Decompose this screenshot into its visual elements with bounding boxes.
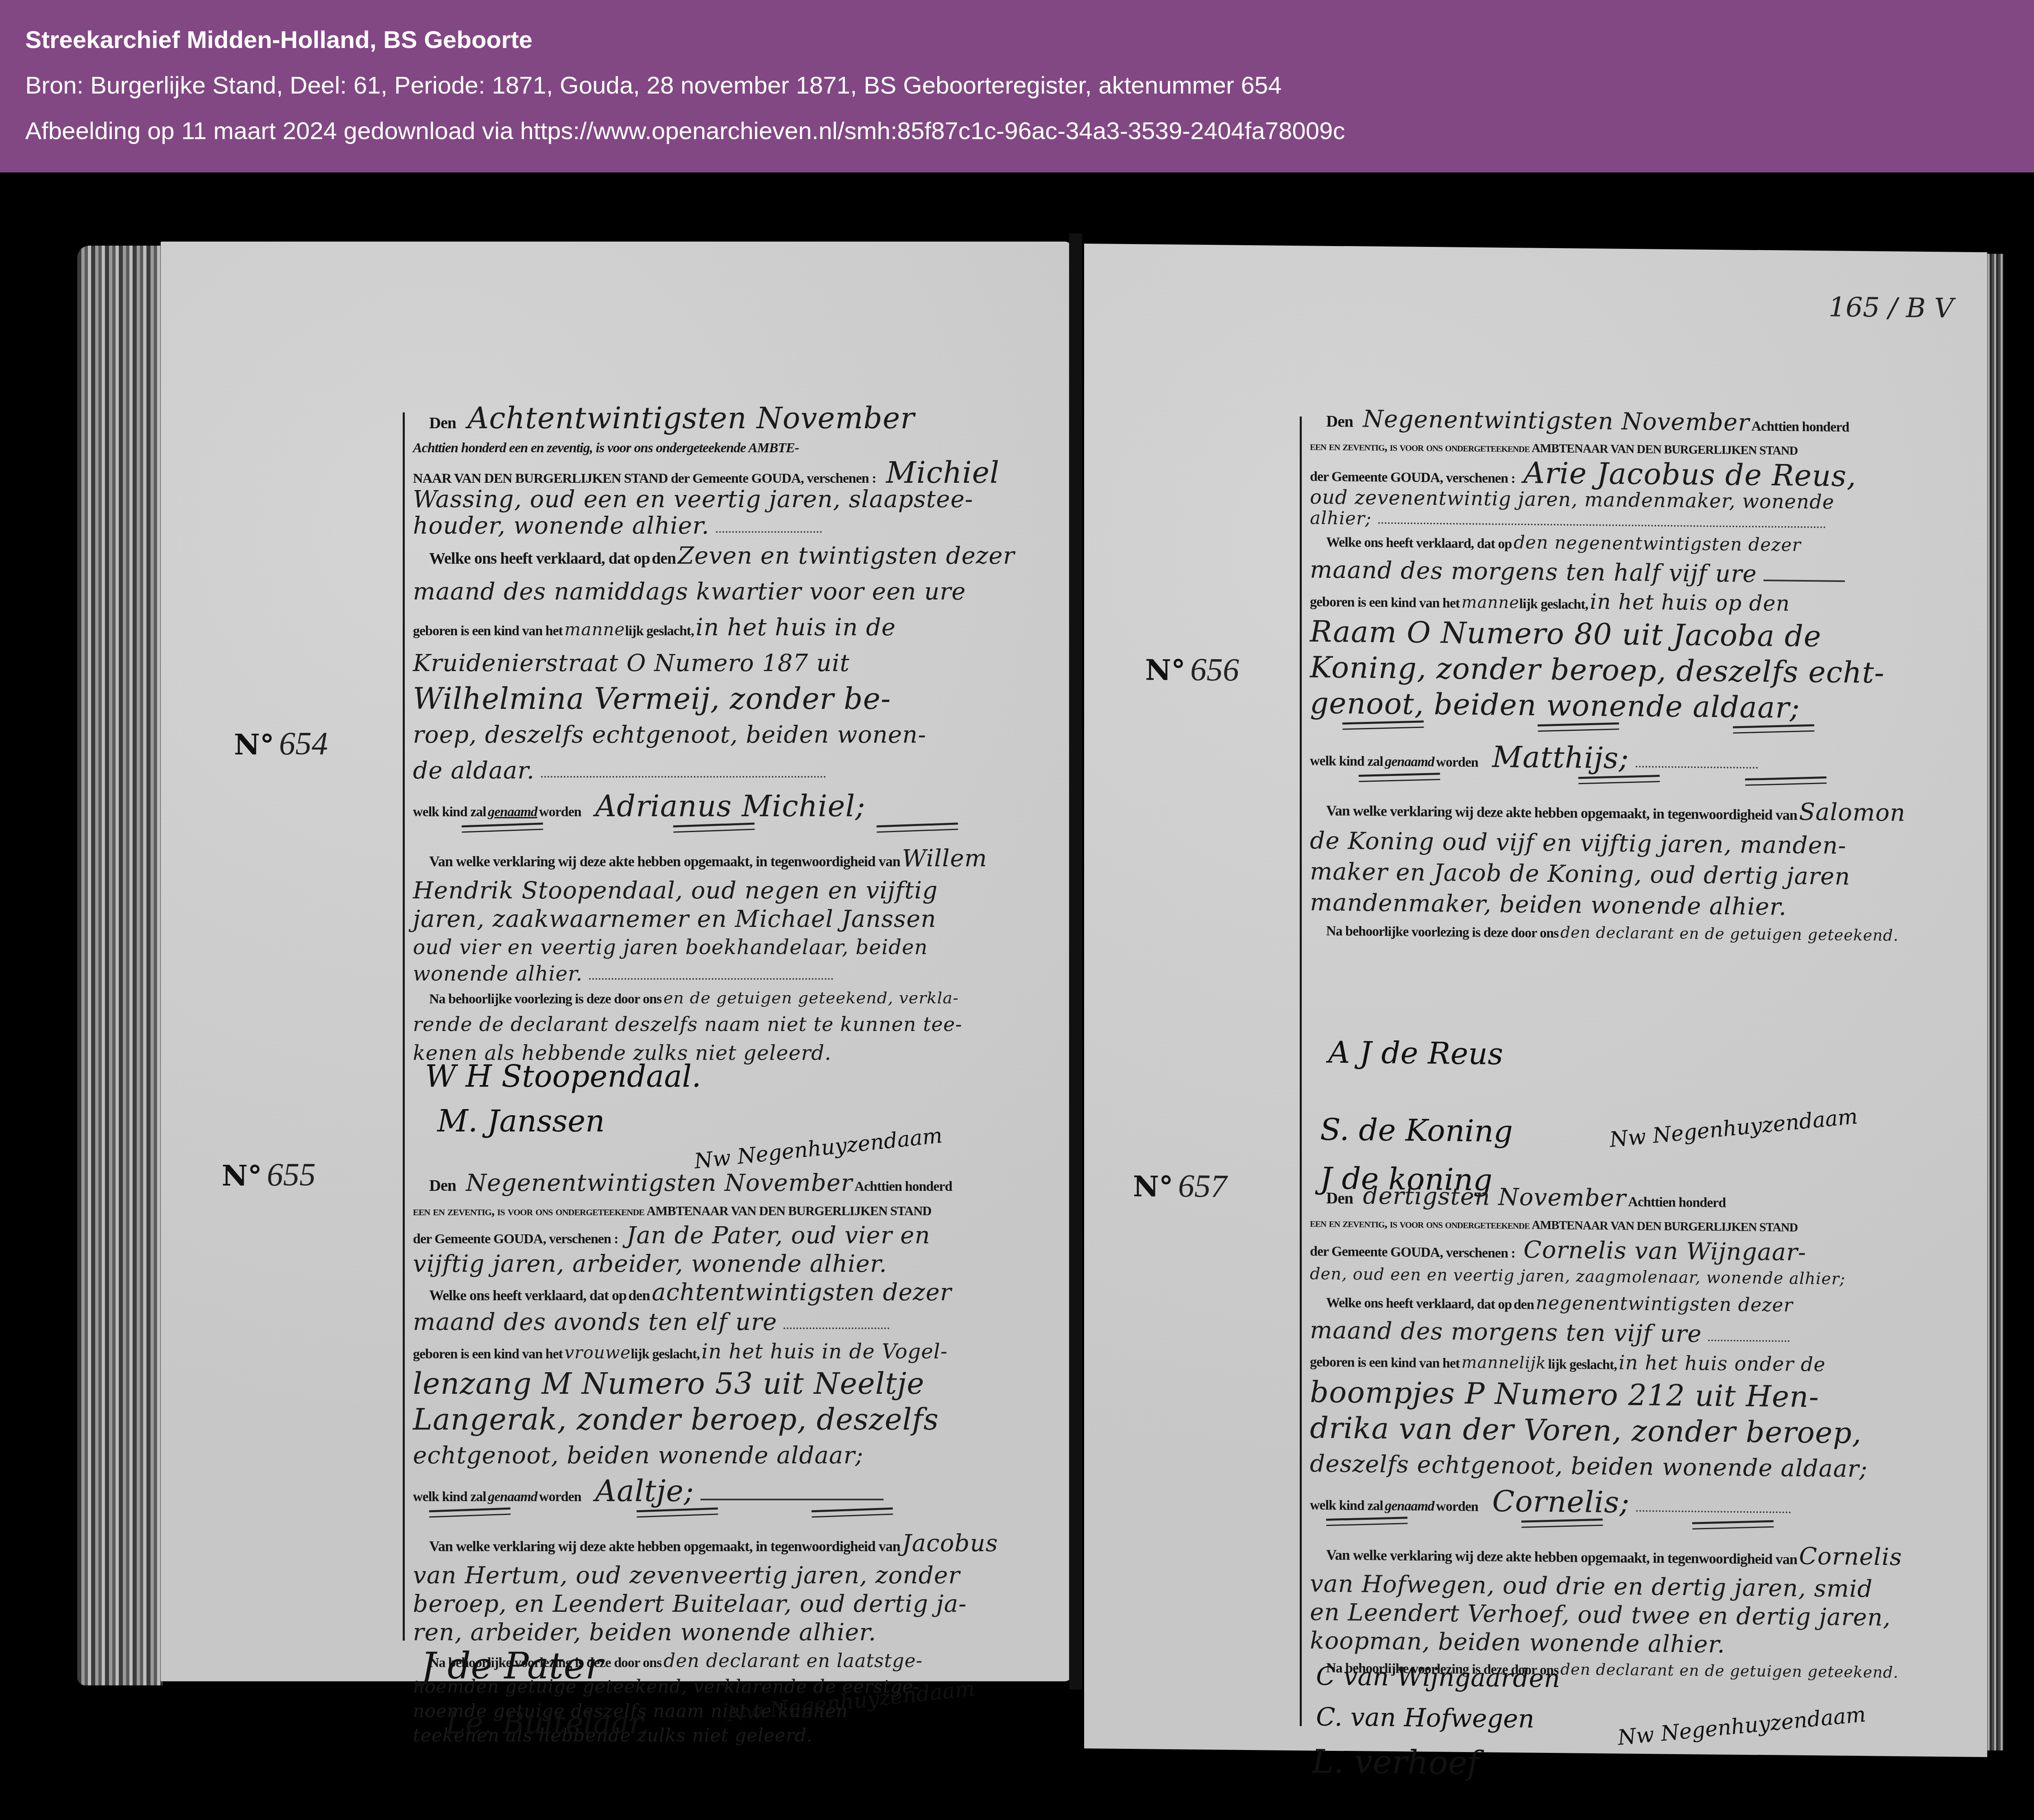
- archive-caption-header: Streekarchief Midden-Holland, BS Geboort…: [0, 0, 2034, 172]
- witness-1: Willem: [902, 844, 987, 872]
- birth-address: Kruidenierstraat O Numero 187 uit: [413, 649, 850, 677]
- book-spine: [1069, 233, 1082, 1689]
- birth-address: Raam O Numero 80 uit Jacoba de: [1310, 614, 1821, 653]
- mother-name: Langerak, zonder beroep, deszelfs: [413, 1402, 939, 1436]
- signature-witness: Le. Buitelaar.: [445, 1706, 650, 1741]
- gender: mannelijk: [1462, 1353, 1546, 1373]
- witness-1: Cornelis: [1799, 1542, 1902, 1571]
- birth-day: achtentwintigsten dezer: [652, 1278, 952, 1306]
- signature-declarant: J de Pater: [421, 1645, 603, 1687]
- mother-name: Koning, zonder beroep, deszelfs echt-: [1310, 650, 1885, 690]
- birth-time: maand des avonds ten elf ure: [413, 1308, 777, 1336]
- book-page-edges-right: [1985, 254, 2003, 1750]
- signature-official: Nw Negenhuyzendaam: [1608, 1104, 1859, 1152]
- child-name: Adrianus Michiel;: [595, 789, 865, 823]
- archive-title: Streekarchief Midden-Holland, BS Geboort…: [25, 28, 533, 52]
- akte-number-656: N°656: [1145, 651, 1239, 689]
- birth-time: maand des namiddags kwartier voor een ur…: [413, 578, 966, 605]
- record-657: Den dertigsten November Achttien honderd…: [1310, 1177, 1969, 1685]
- birth-day: negenentwintigsten dezer: [1536, 1292, 1793, 1316]
- birth-day: den negenentwintigsten dezer: [1514, 532, 1801, 556]
- book-page-edges-left: [77, 246, 163, 1685]
- gender: manne: [565, 619, 625, 639]
- record-654: Den Achtentwintigsten November Achttien …: [413, 400, 1048, 1067]
- declarant-name: Jan de Pater, oud vier en: [626, 1221, 930, 1249]
- mother-name: Wilhelmina Vermeij, zonder be-: [413, 682, 891, 716]
- registration-date: Negenentwintigsten November: [1363, 405, 1750, 436]
- signature-witness-2: L. verhoef: [1312, 1742, 1479, 1782]
- margin-rule: [403, 412, 405, 1641]
- no-prefix: N°: [234, 728, 274, 761]
- margin-rule: [1300, 416, 1302, 1726]
- left-page: N°654 Den Achtentwintigsten November Ach…: [161, 242, 1072, 1681]
- witness-1: Jacobus: [902, 1529, 998, 1557]
- signature-declarant: C van Wijngaarden: [1316, 1661, 1560, 1693]
- child-name: Aaltje;: [595, 1474, 694, 1508]
- registration-date: Negenentwintigsten November: [466, 1169, 853, 1197]
- signature-witness-1: S. de Koning: [1320, 1112, 1513, 1149]
- gender: vrouwe: [565, 1343, 631, 1362]
- signature-witness-1: C. van Hofwegen: [1316, 1702, 1534, 1733]
- registration-date: Achtentwintigsten November: [467, 401, 914, 435]
- registration-date: dertigsten November: [1363, 1182, 1626, 1212]
- scan-viewer: N°654 Den Achtentwintigsten November Ach…: [0, 172, 2034, 1820]
- akte-number-657: N°657: [1133, 1167, 1227, 1205]
- download-notice: Afbeelding op 11 maart 2024 gedownload v…: [25, 119, 1345, 143]
- declarant-name: Cornelis van Wijngaar-: [1523, 1236, 1806, 1266]
- akte-number-655: N°655: [222, 1157, 316, 1194]
- folio-number: 165 / B V: [1829, 292, 1953, 324]
- mother-name: drika van der Voren, zonder beroep,: [1310, 1410, 1862, 1450]
- birth-time: maand des morgens ten half vijf ure: [1310, 556, 1757, 588]
- child-name: Matthijs;: [1492, 740, 1629, 775]
- akte-number-654: N°654: [234, 726, 328, 763]
- child-name: Cornelis;: [1492, 1484, 1630, 1519]
- right-page: 165 / B V N°656 Den Negenentwintigsten N…: [1084, 244, 1987, 1757]
- birth-time: maand des morgens ten vijf ure: [1310, 1316, 1702, 1347]
- gender: manne: [1462, 593, 1519, 612]
- birth-address: lenzang M Numero 53 uit Neeltje: [413, 1367, 925, 1401]
- witness-1: Salomon: [1799, 798, 1905, 827]
- signature-official: Nw Negenhuyzendaam: [1617, 1702, 1867, 1750]
- signature-declarant: A J de Reus: [1328, 1035, 1503, 1072]
- source-citation: Bron: Burgerlijke Stand, Deel: 61, Perio…: [25, 73, 1282, 98]
- signature-witness-1: W H Stoopendaal.: [425, 1059, 701, 1094]
- record-656: Den Negenentwintigsten November Achttien…: [1310, 400, 1961, 948]
- birth-day: Zeven en twintigsten dezer: [678, 542, 1015, 569]
- signature-witness-2: M. Janssen: [437, 1104, 605, 1139]
- birth-address: boompjes P Numero 212 uit Hen-: [1310, 1375, 1819, 1414]
